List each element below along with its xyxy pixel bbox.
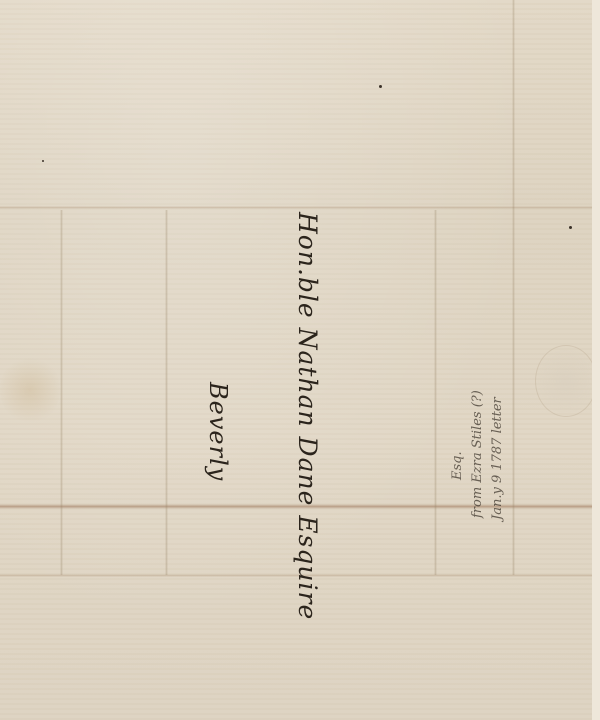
- scan-background-edge: [592, 0, 600, 720]
- fold-line-right: [512, 0, 515, 575]
- fold-line-center-right: [434, 210, 437, 575]
- letter-paper: Hon.ble Nathan Dane Esquire Beverly Jan.…: [0, 0, 593, 720]
- seal-remnant: [535, 345, 597, 417]
- fold-line-top: [0, 206, 592, 209]
- fold-line-left: [60, 210, 63, 575]
- docket-line-2: from Ezra Stiles (?): [470, 390, 485, 518]
- address-place: Beverly: [204, 382, 232, 481]
- ink-speck: [42, 160, 44, 162]
- docket-line-1: Jan.y 9 1787 letter: [490, 397, 505, 520]
- ink-speck: [379, 85, 382, 88]
- stain-mark: [0, 355, 60, 425]
- docket-line-3: Esq.: [450, 451, 465, 480]
- address-recipient: Hon.ble Nathan Dane Esquire: [293, 212, 322, 620]
- ink-speck: [569, 226, 572, 229]
- fold-line-center-left: [165, 210, 168, 575]
